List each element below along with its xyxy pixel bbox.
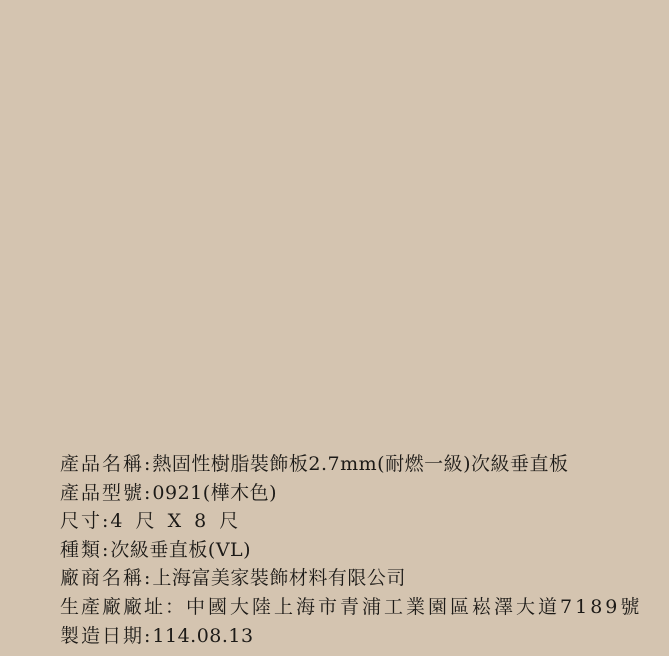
size-value: 4 尺 X 8 尺 (110, 510, 238, 532)
factory-address-key: 生產廠廠址： (60, 596, 186, 618)
product-name-key: 產品名稱: (60, 453, 152, 475)
manufacture-date-value: 114.08.13 (152, 625, 253, 647)
manufacturer-key: 廠商名稱: (60, 567, 152, 589)
product-label: 產品名稱:熱固性樹脂裝飾板2.7mm(耐燃一級)次級垂直板 產品型號:0921(… (60, 450, 669, 650)
product-model-key: 產品型號: (60, 482, 152, 504)
size-line: 尺寸:4 尺 X 8 尺 (60, 507, 669, 536)
type-line: 種類:次級垂直板(VL) (60, 536, 669, 565)
manufacture-date-line: 製造日期:114.08.13 (60, 622, 669, 651)
manufacturer-value: 上海富美家裝飾材料有限公司 (152, 567, 406, 589)
type-value: 次級垂直板(VL) (110, 539, 251, 561)
product-name-value: 熱固性樹脂裝飾板2.7mm(耐燃一級)次級垂直板 (152, 453, 568, 475)
factory-address-value: 中國大陸上海市青浦工業園區崧澤大道7189號 (186, 596, 642, 618)
size-key: 尺寸: (60, 510, 110, 532)
product-name-line: 產品名稱:熱固性樹脂裝飾板2.7mm(耐燃一級)次級垂直板 (60, 450, 669, 479)
product-model-line: 產品型號:0921(樺木色) (60, 479, 669, 508)
manufacture-date-key: 製造日期: (60, 625, 152, 647)
product-model-value: 0921(樺木色) (152, 482, 277, 504)
factory-address-line: 生產廠廠址：中國大陸上海市青浦工業園區崧澤大道7189號 (60, 593, 669, 622)
type-key: 種類: (60, 539, 110, 561)
manufacturer-line: 廠商名稱:上海富美家裝飾材料有限公司 (60, 564, 669, 593)
